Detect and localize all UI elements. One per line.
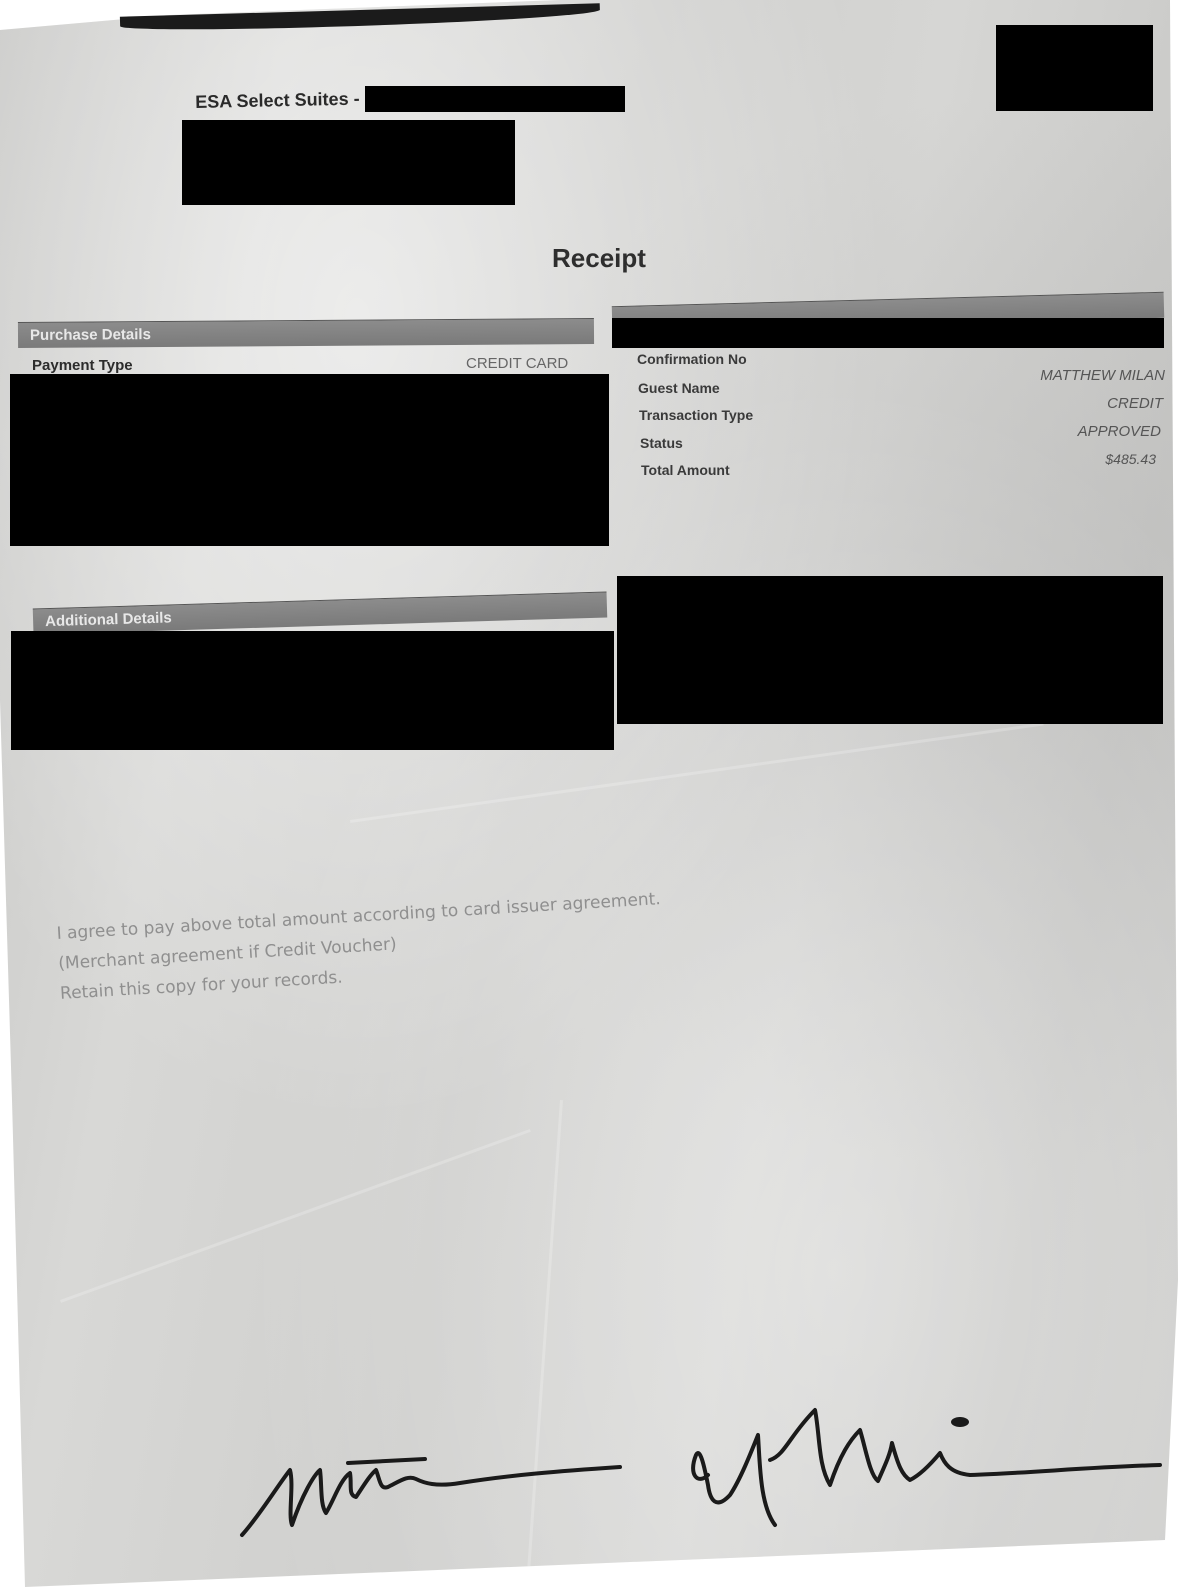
confirmation-no-label: Confirmation No <box>637 351 747 367</box>
redaction-hotel-address <box>182 120 515 205</box>
redaction-purchase-details <box>10 374 609 546</box>
transaction-type-value: CREDIT <box>1107 395 1163 412</box>
receipt-paper <box>0 0 1191 1587</box>
payment-type-label: Payment Type <box>32 357 133 374</box>
status-label: Status <box>640 435 683 451</box>
guest-name-label: Guest Name <box>638 380 720 396</box>
redaction-transaction-header <box>612 318 1164 348</box>
redaction-additional-details <box>11 631 614 750</box>
total-amount-label: Total Amount <box>641 462 730 478</box>
handwritten-signature-icon <box>230 1375 1180 1545</box>
payment-type-value: CREDIT CARD <box>466 355 568 372</box>
receipt-title: Receipt <box>552 243 646 274</box>
paper-crease <box>60 1129 531 1303</box>
total-amount-value: $485.43 <box>1105 451 1156 467</box>
redaction-top-right <box>996 25 1153 111</box>
redaction-right-block <box>617 576 1163 724</box>
purchase-details-header: Purchase Details <box>18 318 594 348</box>
photo-stage: ESA Select Suites - Receipt Purchase Det… <box>0 0 1191 1587</box>
redaction-hotel-location <box>365 86 625 112</box>
transaction-type-label: Transaction Type <box>639 407 753 423</box>
status-value: APPROVED <box>1078 423 1161 440</box>
guest-name-value: MATTHEW MILAN <box>1040 367 1165 384</box>
hotel-name: ESA Select Suites - <box>195 89 360 113</box>
